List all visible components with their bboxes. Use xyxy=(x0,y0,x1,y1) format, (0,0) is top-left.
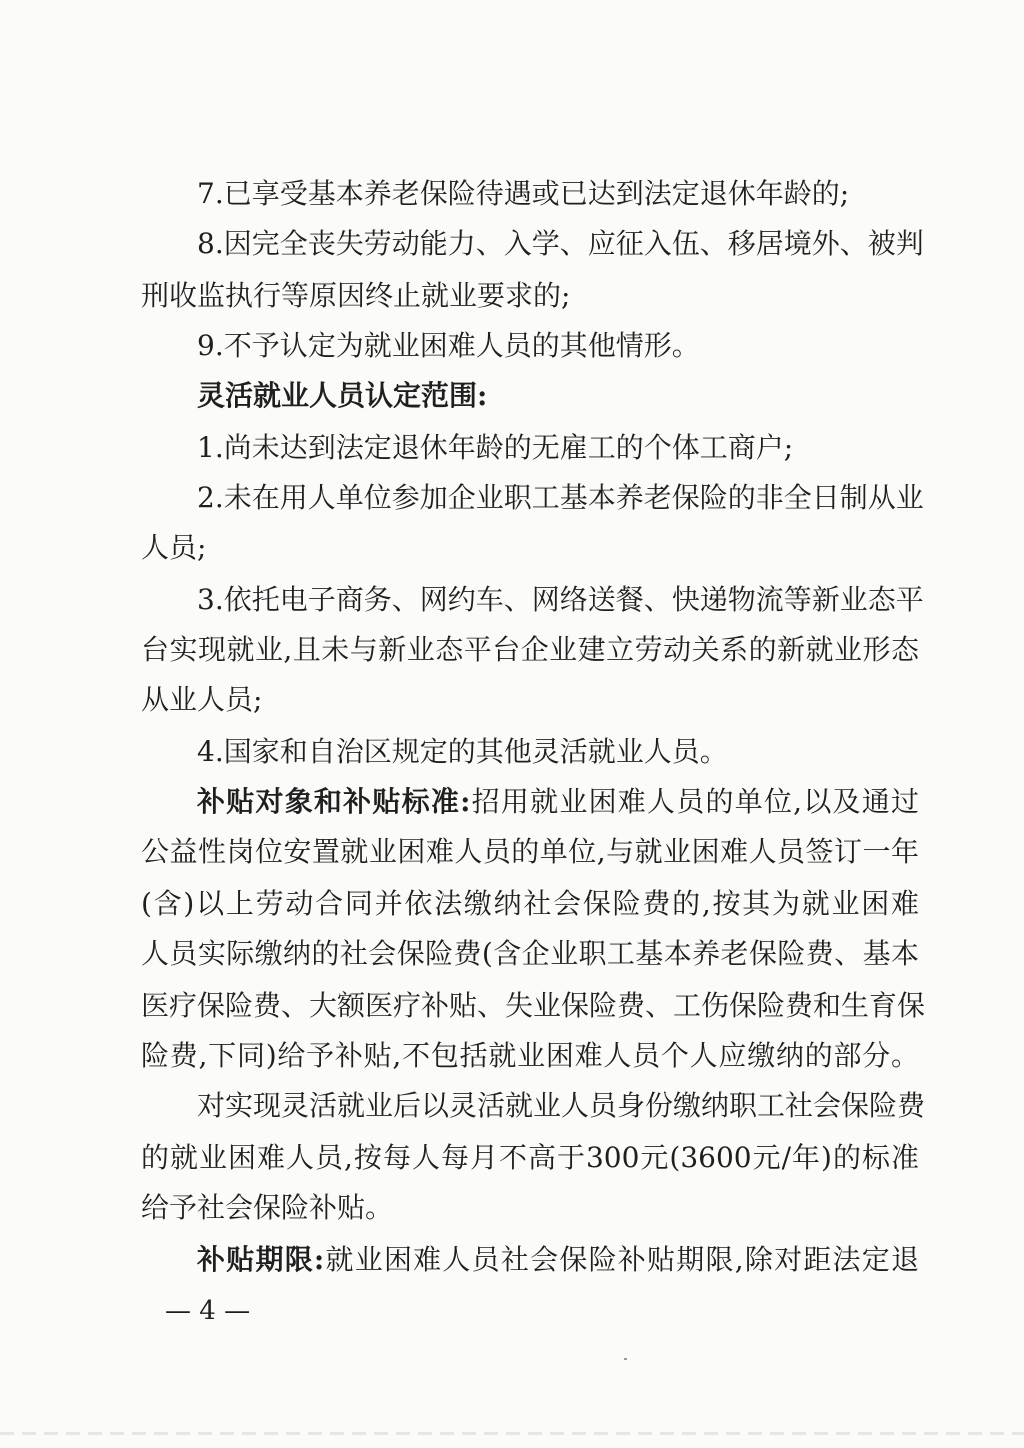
text-line: 的就业困难人员,按每人每月不高于300元(3600元/年)的标准 xyxy=(141,1142,919,1174)
text-line: 台实现就业,且未与新业态平台企业建立劳动关系的新就业形态 xyxy=(141,634,919,666)
text-line: 9.不予认定为就业困难人员的其他情形。 xyxy=(197,330,919,362)
text-line: 1.尚未达到法定退休年龄的无雇工的个体工商户; xyxy=(197,432,919,464)
document-page: 7.已享受基本养老保险待遇或已达到法定退休年龄的;8.因完全丧失劳动能力、入学、… xyxy=(0,0,1024,1448)
text-line: 人员; xyxy=(141,532,919,564)
text-line: 对实现灵活就业后以灵活就业人员身份缴纳职工社会保险费 xyxy=(197,1090,919,1122)
text-line: 2.未在用人单位参加企业职工基本养老保险的非全日制从业 xyxy=(197,482,919,514)
text-line: 人员实际缴纳的社会保险费(含企业职工基本养老保险费、基本 xyxy=(141,938,919,970)
text-line: 补贴对象和补贴标准:招用就业困难人员的单位,以及通过 xyxy=(197,786,919,818)
text-line: 从业人员; xyxy=(141,684,919,716)
text-line: 4.国家和自治区规定的其他灵活就业人员。 xyxy=(197,736,919,768)
scan-speck xyxy=(624,1358,627,1360)
text-line: 3.依托电子商务、网约车、网络送餐、快递物流等新业态平 xyxy=(197,584,919,616)
text-line: (含)以上劳动合同并依法缴纳社会保险费的,按其为就业困难 xyxy=(141,888,919,920)
text-line: 公益性岗位安置就业困难人员的单位,与就业困难人员签订一年 xyxy=(141,836,919,868)
text-line: 补贴期限:就业困难人员社会保险补贴期限,除对距法定退 xyxy=(197,1244,919,1276)
text-line: 刑收监执行等原因终止就业要求的; xyxy=(141,280,919,312)
line-text: 招用就业困难人员的单位,以及通过 xyxy=(470,785,919,818)
scan-edge-artifact xyxy=(0,1432,1024,1435)
page-number: — 4 — xyxy=(165,1296,250,1326)
text-line: 8.因完全丧失劳动能力、入学、应征入伍、移居境外、被判 xyxy=(197,228,919,260)
text-line: 给予社会保险补贴。 xyxy=(141,1192,919,1224)
section-heading: 补贴对象和补贴标准: xyxy=(197,785,470,818)
text-line: 医疗保险费、大额医疗补贴、失业保险费、工伤保险费和生育保 xyxy=(141,990,919,1022)
text-line: 7.已享受基本养老保险待遇或已达到法定退休年龄的; xyxy=(197,178,919,210)
section-heading: 补贴期限: xyxy=(197,1243,324,1276)
text-line: 灵活就业人员认定范围: xyxy=(197,380,919,412)
text-line: 险费,下同)给予补贴,不包括就业困难人员个人应缴纳的部分。 xyxy=(141,1040,919,1072)
line-text: 就业困难人员社会保险补贴期限,除对距法定退 xyxy=(324,1243,919,1276)
